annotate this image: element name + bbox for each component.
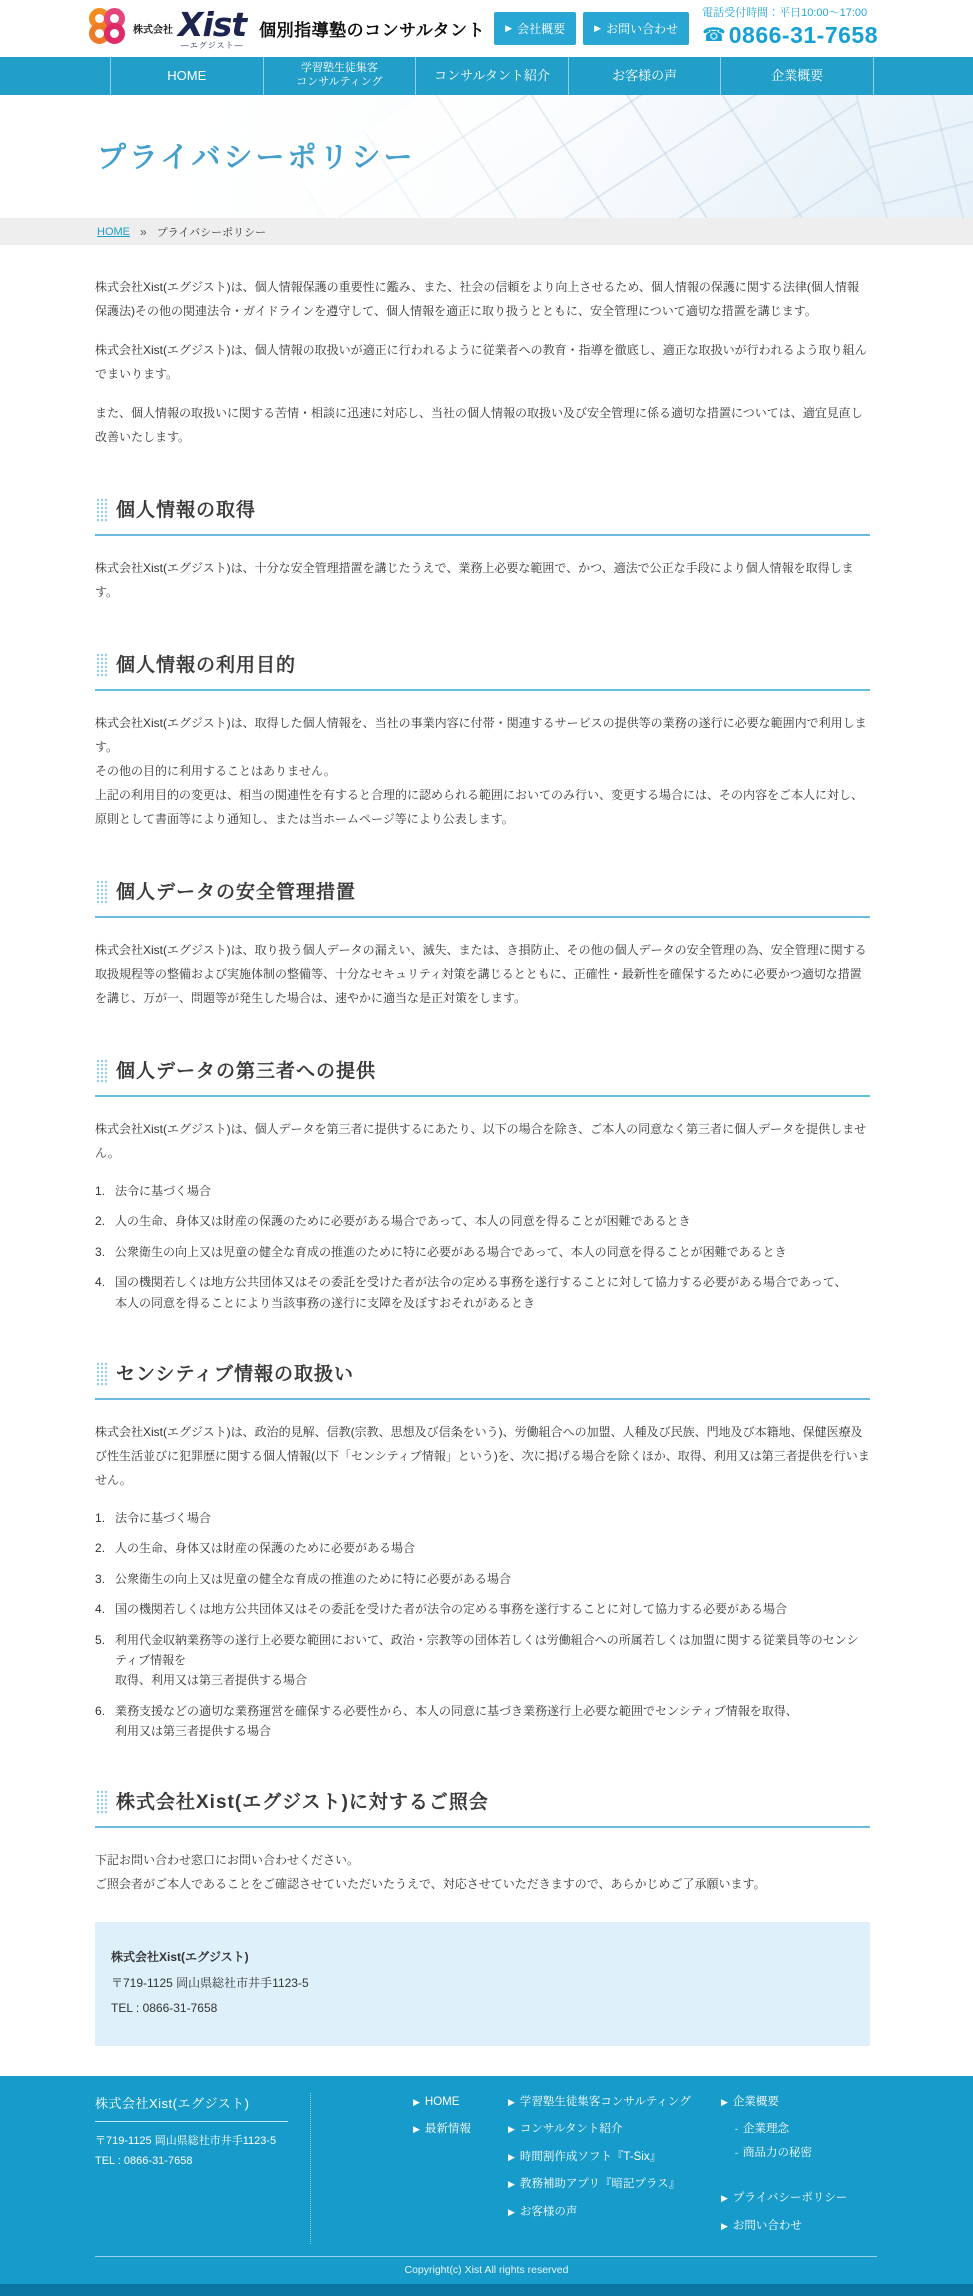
intro-paragraphs: 株式会社Xist(エグジスト)は、個人情報保護の重要性に鑑み、また、社会の信頼を… (95, 275, 870, 449)
section-heading: 個人データの安全管理措置 (95, 877, 870, 918)
site-header: 株式会社 Xist —エグジスト— 個別指導塾のコンサルタント ▶ 会社概要 ▶… (0, 0, 973, 57)
section-paragraph: 上記の利用目的の変更は、相当の関連性を有すると合理的に認められる範囲においてのみ… (95, 783, 870, 831)
section-heading: センシティブ情報の取扱い (95, 1359, 870, 1400)
footer-link-label: 商品力の秘密 (743, 2147, 812, 2159)
nav-label: 学習塾生徒集客 コンサルティング (296, 62, 382, 90)
logo-link[interactable]: 株式会社 Xist —エグジスト— (88, 7, 246, 50)
contact-button[interactable]: ▶ お問い合わせ (583, 12, 689, 45)
nav-item-consultant-intro[interactable]: コンサルタント紹介 (415, 57, 568, 95)
nav-item-customer-voice[interactable]: お客様の声 (568, 57, 721, 95)
intro-paragraph: 株式会社Xist(エグジスト)は、個人情報の取扱いが適正に行われるように従業者へ… (95, 338, 870, 386)
dash-bullet-icon: - (735, 2124, 738, 2134)
footer-link-label: 時間割作成ソフト『T-Six』 (520, 2151, 661, 2163)
triangle-bullet-icon: ▶ (413, 2124, 420, 2134)
footer-link-label: 最新情報 (425, 2123, 471, 2135)
section-heading: 株式会社Xist(エグジスト)に対するご照会 (95, 1787, 870, 1828)
triangle-bullet-icon: ▶ (508, 2124, 515, 2134)
xist-flower-logo-icon (88, 7, 126, 50)
section-paragraph: 株式会社Xist(エグジスト)は、取り扱う個人データの漏えい、滅失、または、き損… (95, 938, 870, 1010)
main-content: 株式会社Xist(エグジスト)は、個人情報保護の重要性に鑑み、また、社会の信頼を… (95, 245, 870, 2076)
list-item-text: 公衆衛生の向上又は児童の健全な育成の推進のために特に必要がある場合 (115, 1572, 511, 1586)
section-heading: 個人情報の取得 (95, 495, 870, 536)
list-item: 国の機関若しくは地方公共団体又はその委託を受けた者が法令の定める事務を遂行するこ… (95, 1599, 870, 1619)
contact-label: お問い合わせ (606, 20, 678, 37)
keyboard-decoration-image (835, 95, 973, 218)
section-heading: 個人情報の利用目的 (95, 650, 870, 691)
contact-company: 株式会社Xist(エグジスト) (111, 1945, 850, 1970)
main-nav: HOME 学習塾生徒集客 コンサルティング コンサルタント紹介 お客様の声 企業… (0, 57, 973, 95)
footer-address-block: 株式会社Xist(エグジスト) 〒719-1125 岡山県総社市井手1123-5… (95, 2093, 311, 2244)
company-prefix: 株式会社 (133, 21, 173, 36)
phone-number: 0866-31-7658 (729, 21, 878, 50)
intro-paragraph: また、個人情報の取扱いに関する苦情・相談に迅速に対応し、当社の個人情報の取扱い及… (95, 401, 870, 449)
footer-link-tsix[interactable]: ▶時間割作成ソフト『T-Six』 (508, 2148, 721, 2166)
footer-link-anki-plus[interactable]: ▶教務補助アプリ『暗記プラス』 (508, 2175, 721, 2193)
list-item: 公衆衛生の向上又は児童の健全な育成の推進のために特に必要がある場合であって、本人… (95, 1242, 870, 1262)
triangle-bullet-icon: ▶ (594, 23, 601, 34)
section-heading: 個人データの第三者への提供 (95, 1056, 870, 1097)
list-item: 業務支援などの適切な業務運営を確保する必要性から、本人の同意に基づき業務遂行上必… (95, 1701, 870, 1742)
copyright-text: Copyright(c) Xist All rights reserved (0, 2257, 973, 2284)
section-inquiries: 株式会社Xist(エグジスト)に対するご照会 下記お問い合わせ窓口にお問い合わせ… (95, 1787, 870, 2046)
nav-label: コンサルタント紹介 (434, 68, 550, 84)
list-item-text: 人の生命、身体又は財産の保護のために必要がある場合 (115, 1541, 415, 1555)
list-item: 国の機関若しくは地方公共団体又はその委託を受けた者が法令の定める事務を遂行するこ… (95, 1272, 870, 1313)
list-item-text: 法令に基づく場合 (115, 1511, 211, 1525)
section-paragraph: 下記お問い合わせ窓口にお問い合わせください。 (95, 1848, 870, 1872)
footer-tel: TEL : 0866-31-7658 (95, 2152, 288, 2172)
list-item: 公衆衛生の向上又は児童の健全な育成の推進のために特に必要がある場合 (95, 1569, 870, 1589)
triangle-bullet-icon: ▶ (721, 2221, 728, 2231)
section-paragraph: ご照会者がご本人であることをご確認させていただいたうえで、対応させていただきます… (95, 1872, 870, 1896)
footer-link-news[interactable]: ▶最新情報 (413, 2120, 508, 2138)
triangle-bullet-icon: ▶ (508, 2097, 515, 2107)
third-party-cases-list: 法令に基づく場合 人の生命、身体又は財産の保護のために必要がある場合であって、本… (95, 1181, 870, 1313)
telephone-icon: ☎ (702, 24, 726, 48)
section-third-party-provision: 個人データの第三者への提供 株式会社Xist(エグジスト)は、個人データを第三者… (95, 1056, 870, 1313)
nav-label: 企業概要 (771, 68, 823, 84)
list-item: 人の生命、身体又は財産の保護のために必要がある場合 (95, 1538, 870, 1558)
list-item-text: 人の生命、身体又は財産の保護のために必要がある場合であって、本人の同意を得ること… (115, 1214, 691, 1228)
section-purpose-of-use: 個人情報の利用目的 株式会社Xist(エグジスト)は、取得した個人情報を、当社の… (95, 650, 870, 831)
triangle-bullet-icon: ▶ (721, 2193, 728, 2203)
nav-item-company[interactable]: 企業概要 (720, 57, 874, 95)
contact-info-box: 株式会社Xist(エグジスト) 〒719-1125 岡山県総社市井手1123-5… (95, 1922, 870, 2046)
footer-link-customer-voice[interactable]: ▶お客様の声 (508, 2203, 721, 2221)
footer-link-label: 企業概要 (733, 2096, 779, 2108)
page-title: プライバシーポリシー (97, 135, 416, 176)
breadcrumb-home-link[interactable]: HOME (97, 226, 130, 238)
section-paragraph: 株式会社Xist(エグジスト)は、政治的見解、信教(宗教、思想及び信条をいう)、… (95, 1420, 870, 1492)
phone-block: 電話受付時間：平日10:00～17:00 ☎ 0866-31-7658 (702, 7, 878, 50)
nav-label: お客様の声 (612, 68, 677, 84)
footer-link-company[interactable]: ▶企業概要 (721, 2093, 847, 2111)
brand-ruby: —エグジスト— (181, 42, 244, 50)
list-item: 人の生命、身体又は財産の保護のために必要がある場合であって、本人の同意を得ること… (95, 1211, 870, 1231)
footer-company: 株式会社Xist(エグジスト) (95, 2093, 288, 2122)
footer-link-label: お問い合わせ (733, 2220, 802, 2232)
footer-sublink-philosophy[interactable]: -企業理念 (721, 2120, 847, 2138)
footer-link-consulting[interactable]: ▶学習塾生徒集客コンサルティング (508, 2093, 721, 2111)
section-safety-management: 個人データの安全管理措置 株式会社Xist(エグジスト)は、取り扱う個人データの… (95, 877, 870, 1010)
section-paragraph: 株式会社Xist(エグジスト)は、十分な安全管理措置を講じたうえで、業務上必要な… (95, 556, 870, 604)
section-sensitive-info: センシティブ情報の取扱い 株式会社Xist(エグジスト)は、政治的見解、信教(宗… (95, 1359, 870, 1742)
section-paragraph: その他の目的に利用することはありません。 (95, 759, 870, 783)
list-item-text: 法令に基づく場合 (115, 1184, 211, 1198)
breadcrumb: HOME » プライバシーポリシー (0, 218, 973, 245)
list-item-text: 国の機関若しくは地方公共団体又はその委託を受けた者が法令の定める事務を遂行するこ… (115, 1602, 787, 1616)
footer-link-label: 教務補助アプリ『暗記プラス』 (520, 2178, 680, 2190)
intro-paragraph: 株式会社Xist(エグジスト)は、個人情報保護の重要性に鑑み、また、社会の信頼を… (95, 275, 870, 323)
footer-link-label: 学習塾生徒集客コンサルティング (520, 2096, 691, 2108)
footer-address: 〒719-1125 岡山県総社市井手1123-5 (95, 2132, 288, 2152)
footer-link-label: HOME (425, 2096, 460, 2108)
triangle-bullet-icon: ▶ (505, 23, 512, 34)
list-item: 法令に基づく場合 (95, 1181, 870, 1201)
phone-hours: 電話受付時間：平日10:00～17:00 (702, 7, 878, 21)
triangle-bullet-icon: ▶ (508, 2179, 515, 2189)
dash-bullet-icon: - (735, 2148, 738, 2158)
list-item-text: 業務支援などの適切な業務運営を確保する必要性から、本人の同意に基づき業務遂行上必… (115, 1704, 798, 1738)
footer-link-label: お客様の声 (520, 2206, 578, 2218)
company-overview-button[interactable]: ▶ 会社概要 (494, 12, 576, 45)
footer-link-home[interactable]: ▶HOME (413, 2093, 508, 2111)
triangle-bullet-icon: ▶ (413, 2097, 420, 2107)
contact-address: 〒719-1125 岡山県総社市井手1123-5 (111, 1971, 850, 1996)
breadcrumb-separator-icon: » (140, 225, 147, 239)
footer-links-column-3: ▶企業概要 -企業理念 -商品力の秘密 ▶プライバシーポリシー ▶お問い合わせ (721, 2093, 847, 2244)
site-tagline: 個別指導塾のコンサルタント (259, 16, 485, 41)
nav-label: HOME (167, 68, 206, 84)
triangle-bullet-icon: ▶ (721, 2097, 728, 2107)
triangle-bullet-icon: ▶ (508, 2152, 515, 2162)
footer-sublink-product-secret[interactable]: -商品力の秘密 (721, 2144, 847, 2162)
list-item: 利用代金収納業務等の遂行上必要な範囲において、政治・宗教等の団体若しくは労働組合… (95, 1630, 870, 1691)
section-personal-info-acquisition: 個人情報の取得 株式会社Xist(エグジスト)は、十分な安全管理措置を講じたうえ… (95, 495, 870, 604)
list-item: 法令に基づく場合 (95, 1508, 870, 1528)
hero-banner: プライバシーポリシー (0, 95, 973, 218)
contact-tel: TEL : 0866-31-7658 (111, 1996, 850, 2021)
brand-name: Xist (178, 8, 246, 41)
footer-link-privacy-policy[interactable]: ▶プライバシーポリシー (721, 2189, 847, 2207)
footer-link-label: 企業理念 (743, 2123, 789, 2135)
section-paragraph: 株式会社Xist(エグジスト)は、取得した個人情報を、当社の事業内容に付帯・関連… (95, 711, 870, 759)
footer-link-label: コンサルタント紹介 (520, 2123, 622, 2135)
list-item-text: 利用代金収納業務等の遂行上必要な範囲において、政治・宗教等の団体若しくは労働組合… (115, 1633, 858, 1688)
footer-bottom-strip (0, 2284, 973, 2296)
breadcrumb-current: プライバシーポリシー (157, 224, 266, 240)
footer-links-column-1: ▶HOME ▶最新情報 (413, 2093, 508, 2244)
list-item-text: 公衆衛生の向上又は児童の健全な育成の推進のために特に必要がある場合であって、本人… (115, 1245, 787, 1259)
section-paragraph: 株式会社Xist(エグジスト)は、個人データを第三者に提供するにあたり、以下の場… (95, 1117, 870, 1165)
footer-link-consultant-intro[interactable]: ▶コンサルタント紹介 (508, 2120, 721, 2138)
sensitive-cases-list: 法令に基づく場合 人の生命、身体又は財産の保護のために必要がある場合 公衆衛生の… (95, 1508, 870, 1742)
footer-link-label: プライバシーポリシー (733, 2192, 847, 2204)
company-overview-label: 会社概要 (517, 20, 565, 37)
site-footer: 株式会社Xist(エグジスト) 〒719-1125 岡山県総社市井手1123-5… (0, 2076, 973, 2296)
nav-item-home[interactable]: HOME (110, 57, 263, 95)
nav-item-consulting[interactable]: 学習塾生徒集客 コンサルティング (263, 57, 416, 95)
list-item-text: 国の機関若しくは地方公共団体又はその委託を受けた者が法令の定める事務を遂行するこ… (115, 1275, 847, 1309)
footer-links-column-2: ▶学習塾生徒集客コンサルティング ▶コンサルタント紹介 ▶時間割作成ソフト『T-… (508, 2093, 721, 2244)
footer-link-contact[interactable]: ▶お問い合わせ (721, 2217, 847, 2235)
triangle-bullet-icon: ▶ (508, 2207, 515, 2217)
